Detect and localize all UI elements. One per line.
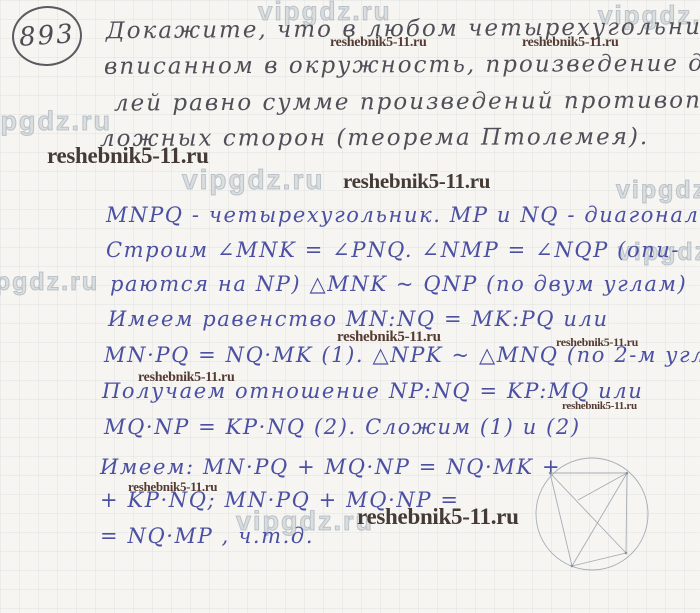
reshebnik-watermark: reshebnik5-11.ru (330, 35, 426, 51)
vertex-dot (549, 472, 552, 475)
vertex-dot (571, 565, 574, 568)
solution-line: Строим ∠MNK = ∠PNQ. ∠NMP = ∠NQP (опи- (106, 238, 680, 262)
solution-line: раются на NP) △MNK ~ QNP (по двум углам) (110, 272, 687, 296)
reshebnik-watermark: reshebnik5-11.ru (343, 169, 490, 194)
solution-line: Имеем равенство MN:NQ = MK:PQ или (108, 307, 609, 331)
problem-number-text: 893 (18, 19, 76, 53)
vipgdz-watermark: vipgdz.ru (0, 268, 99, 297)
vertex-dot (626, 472, 629, 475)
problem-number-circle: 893 (10, 4, 84, 69)
reshebnik-watermark: reshebnik5-11.ru (337, 329, 441, 346)
solution-line: = NQ·MP , ч.т.д. (100, 524, 314, 548)
vertex-dot (625, 552, 628, 555)
solution-line: MNPQ - четырехугольник. MP и NQ - диагон… (106, 203, 700, 227)
vipgdz-watermark: vipgdz.ru (616, 176, 700, 205)
vipgdz-watermark: vipgdz.ru (0, 106, 112, 137)
segment-nk (578, 473, 627, 500)
reshebnik-watermark: reshebnik5-11.ru (47, 143, 209, 169)
circle-outline (536, 458, 648, 570)
statement-line: лей равно сумме произведений противопо- (114, 87, 700, 116)
reshebnik-watermark: reshebnik5-11.ru (522, 35, 618, 51)
reshebnik-watermark: reshebnik5-11.ru (138, 370, 234, 386)
statement-line: вписанном в окружность, произведение диа… (104, 50, 700, 80)
solution-line: Имеем: MN·PQ + MQ·NP = NQ·MK + (100, 455, 561, 479)
quadrilateral-sides (550, 473, 627, 566)
reshebnik-watermark: reshebnik5-11.ru (357, 504, 519, 530)
solution-line: MQ·NP = KP·NQ (2). Сложим (1) и (2) (104, 415, 581, 439)
diagonal-nq (572, 473, 627, 566)
scanned-notebook-page: vipgdz.ru vipgdz.ru vipgdz.ru vipgdz.ru … (0, 0, 700, 613)
reshebnik-watermark: reshebnik5-11.ru (556, 335, 638, 350)
inscribed-quadrilateral-figure (533, 446, 673, 606)
reshebnik-watermark: reshebnik5-11.ru (128, 479, 217, 495)
reshebnik-watermark: reshebnik5-11.ru (562, 400, 637, 412)
diagonal-mp (550, 473, 626, 553)
